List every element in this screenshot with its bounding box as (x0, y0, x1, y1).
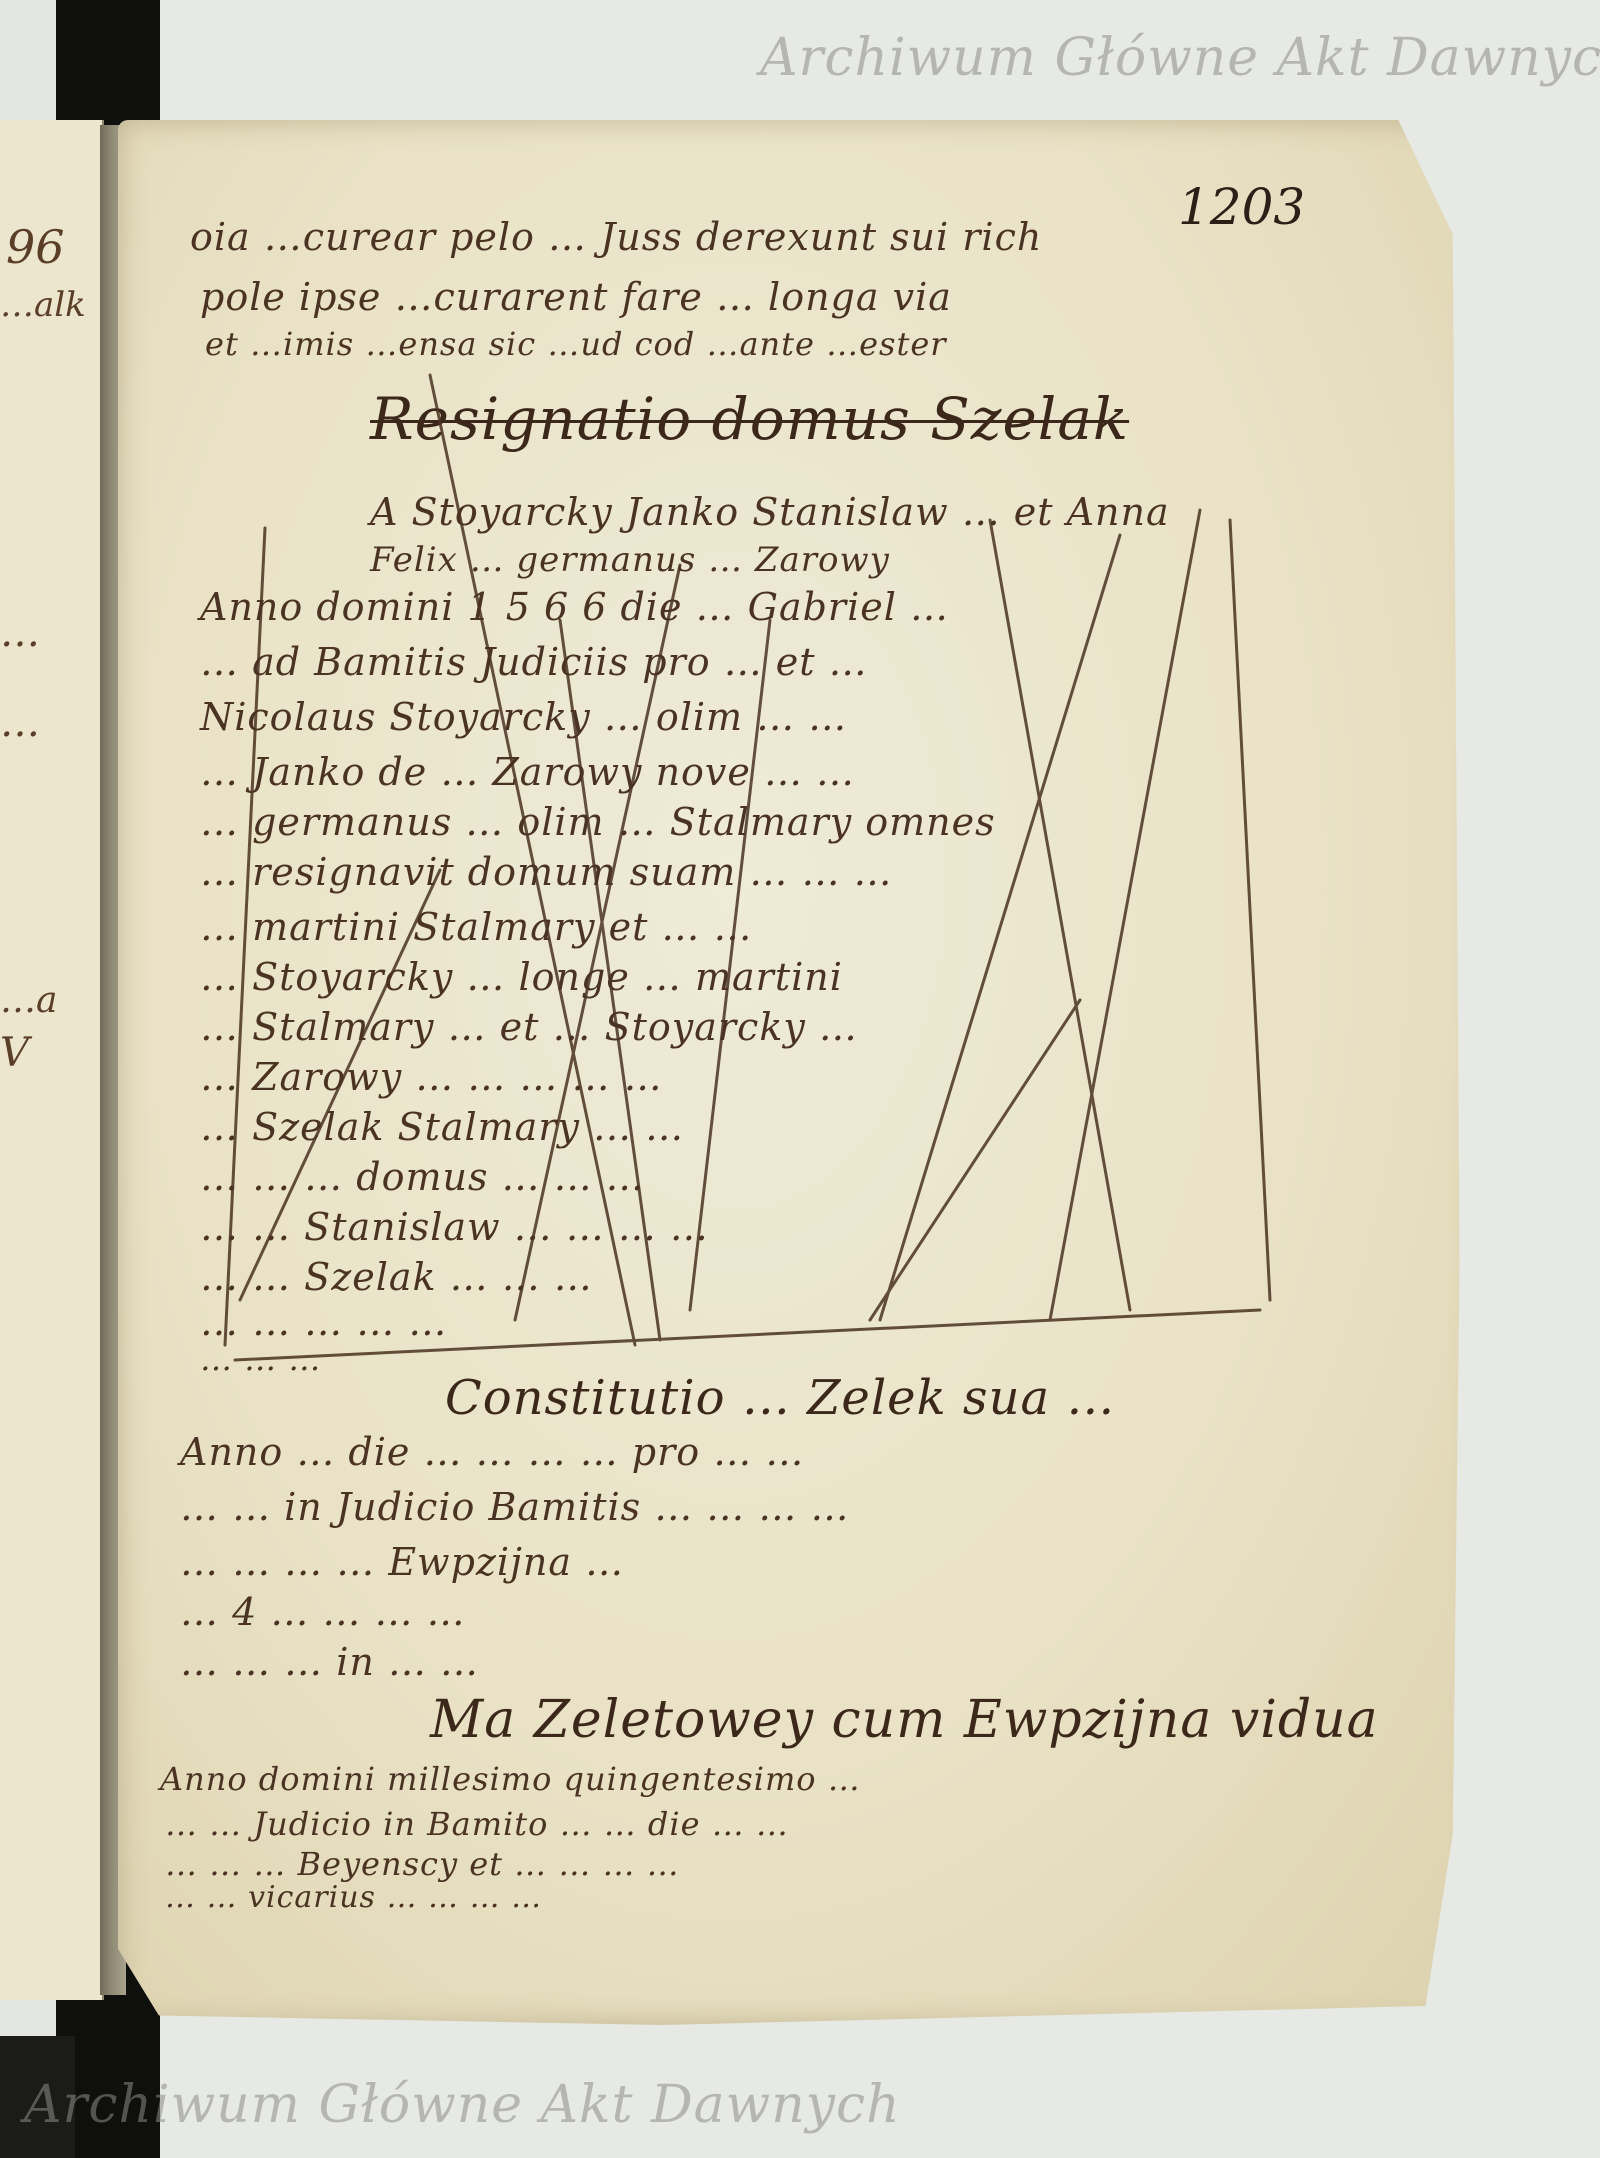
text-line: … martini Stalmary et … … (200, 905, 753, 949)
text-line: … … … Beyenscy et … … … … (165, 1845, 680, 1883)
text-line: … … … domus … … … (200, 1155, 645, 1199)
text-line: Anno domini millesimo quingentesimo … (160, 1760, 861, 1798)
text-line: … … Stanislaw … … … … (200, 1205, 709, 1249)
left-page-fragment: V (0, 1030, 29, 1076)
text-line: … Janko de … Zarowy nove … … (200, 750, 855, 794)
text-line: … … in Judicio Bamitis … … … … (180, 1485, 849, 1529)
text-line: … … Judicio in Bamito … … die … … (165, 1805, 789, 1843)
left-page: 96 …alk … … …a V (0, 120, 104, 2000)
archive-watermark-top: Archiwum Główne Akt Dawnych (760, 28, 1600, 88)
heading-constitutio: Constitutio … Zelek sua … (445, 1370, 1115, 1426)
text-line: … Szelak Stalmary … … (200, 1105, 684, 1149)
text-line: Felix … germanus … Zarowy (370, 540, 890, 580)
left-page-fragment: … (0, 610, 40, 656)
text-line: … 4 … … … … (180, 1590, 466, 1634)
text-line: A Stoyarcky Janko Stanislaw … et Anna (370, 490, 1170, 534)
text-line: … … … … … (200, 1300, 447, 1344)
text-line: … … vicarius … … … … (165, 1880, 542, 1915)
archive-watermark-bottom: Archiwum Główne Akt Dawnych (24, 2075, 901, 2135)
left-page-fragment: … (0, 700, 40, 746)
left-page-fragment: 96 (6, 220, 65, 274)
text-line: … germanus … olim … Stalmary omnes (200, 800, 996, 844)
text-line: … … … (200, 1340, 321, 1378)
left-page-fragment: …a (0, 980, 57, 1021)
text-line: Nicolaus Stoyarcky … olim … … (200, 695, 847, 739)
text-line: … ad Bamitis Judiciis pro … et … (200, 640, 868, 684)
heading-zeletowey: Ma Zeletowey cum Ewpzijna vidua (430, 1690, 1379, 1750)
text-line: … … … in … … (180, 1640, 479, 1684)
text-line: pole ipse …curarent fare … longa via (200, 275, 952, 319)
text-line: oia …curear pelo … Juss derexunt sui ric… (190, 215, 1042, 259)
text-line: … … … … Ewpzijna … (180, 1540, 624, 1584)
heading-resignatio: Resignatio domus Szelak (370, 385, 1129, 453)
left-page-fragment: …alk (0, 285, 86, 325)
text-line: … Stalmary … et … Stoyarcky … (200, 1005, 858, 1049)
text-line: et …imis …ensa sic …ud cod …ante …ester (205, 325, 947, 363)
text-line: … … Szelak … … … (200, 1255, 593, 1299)
text-line: … Zarowy … … … … … (200, 1055, 663, 1099)
text-line: Anno domini 1 5 6 6 die … Gabriel … (200, 585, 949, 629)
folio-number: 1203 (1178, 178, 1305, 236)
text-line: … resignavit domum suam … … … (200, 850, 893, 894)
text-line: Anno … die … … … … pro … … (180, 1430, 804, 1474)
text-line: … Stoyarcky … longe … martini (200, 955, 843, 999)
